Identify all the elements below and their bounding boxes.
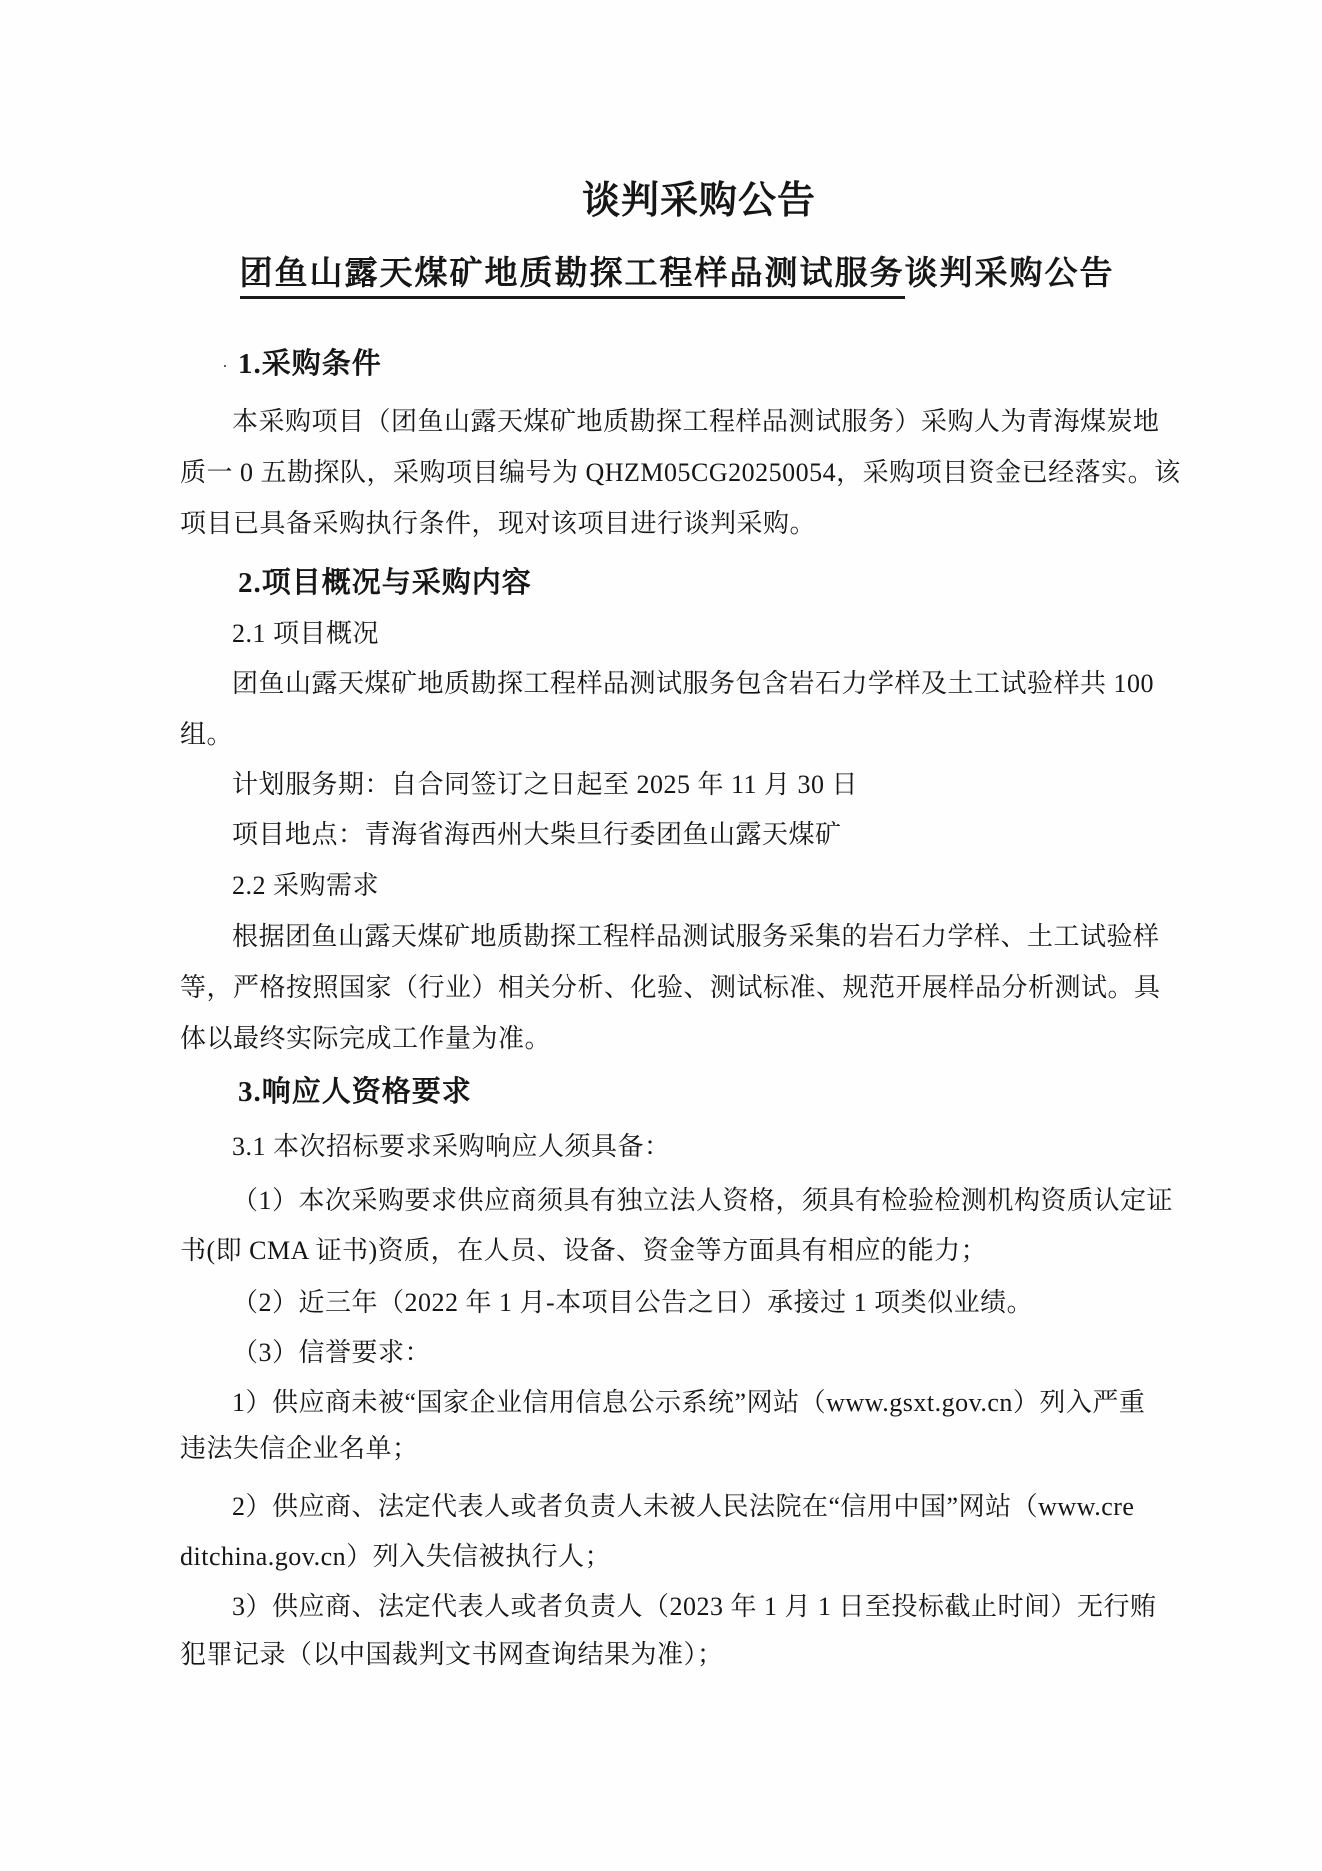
document-page: 谈判采购公告 团鱼山露天煤矿地质勘探工程样品测试服务谈判采购公告 · 1.采购条…: [0, 0, 1322, 1871]
s3-item2: （2）近三年（2022 年 1 月-本项目公告之日）承接过 1 项类似业绩。: [180, 1286, 1142, 1320]
s3-credit3-line-2: 犯罪记录（以中国裁判文书网查询结果为准）；: [180, 1638, 1142, 1672]
s1-para-line-1: 本采购项目（团鱼山露天煤矿地质勘探工程样品测试服务）采购人为青海煤炭地: [180, 405, 1142, 439]
s3-credit1-line-2: 违法失信企业名单；: [180, 1432, 1142, 1466]
s3-intro: 3.1 本次招标要求采购响应人须具备：: [180, 1130, 1142, 1164]
doc-subtitle: 团鱼山露天煤矿地质勘探工程样品测试服务谈判采购公告: [196, 253, 1158, 295]
s3-credit2-line-1: 2）供应商、法定代表人或者负责人未被人民法院在“信用中国”网站（www.cre: [180, 1490, 1142, 1524]
doc-subtitle-underlined: 团鱼山露天煤矿地质勘探工程样品测试服务: [240, 256, 905, 299]
s2-req-line-3: 体以最终实际完成工作量为准。: [180, 1022, 1142, 1056]
s2-req-line-1: 根据团鱼山露天煤矿地质勘探工程样品测试服务采集的岩石力学样、土工试验样: [180, 920, 1142, 954]
s2-1-subheading: 2.1 项目概况: [180, 617, 1142, 651]
section-3-heading: 3.响应人资格要求: [180, 1075, 1142, 1109]
s2-location: 项目地点：青海省海西州大柴旦行委团鱼山露天煤矿: [180, 818, 1142, 852]
s1-para-line-2: 质一 0 五勘探队，采购项目编号为 QHZM05CG20250054，采购项目资…: [180, 456, 1142, 490]
s2-2-subheading: 2.2 采购需求: [180, 869, 1142, 903]
s3-credit2-line-2: ditchina.gov.cn）列入失信被执行人；: [180, 1540, 1142, 1574]
s3-item3: （3）信誉要求：: [180, 1336, 1142, 1370]
stray-dot-mark: ·: [222, 349, 229, 383]
s2-service-period: 计划服务期：自合同签订之日起至 2025 年 11 月 30 日: [180, 768, 1142, 802]
s2-overview-line-2: 组。: [180, 718, 1142, 752]
section-1-heading-text: 1.采购条件: [238, 348, 382, 380]
doc-title: 谈判采购公告: [218, 178, 1180, 224]
s3-item1-line-1: （1）本次采购要求供应商须具有独立法人资格，须具有检验检测机构资质认定证: [180, 1184, 1142, 1218]
s3-credit1-line-1: 1）供应商未被“国家企业信用信息公示系统”网站（www.gsxt.gov.cn）…: [180, 1386, 1142, 1420]
s3-credit3-line-1: 3）供应商、法定代表人或者负责人（2023 年 1 月 1 日至投标截止时间）无…: [180, 1590, 1142, 1624]
s3-item1-line-2: 书(即 CMA 证书)资质，在人员、设备、资金等方面具有相应的能力；: [180, 1234, 1142, 1268]
s1-para-line-3: 项目已具备采购执行条件，现对该项目进行谈判采购。: [180, 507, 1142, 541]
s2-req-line-2: 等，严格按照国家（行业）相关分析、化验、测试标准、规范开展样品分析测试。具: [180, 971, 1142, 1005]
section-1-heading: · 1.采购条件: [180, 347, 1142, 381]
doc-subtitle-tail: 谈判采购公告: [905, 256, 1115, 292]
s2-overview-line-1: 团鱼山露天煤矿地质勘探工程样品测试服务包含岩石力学样及土工试验样共 100: [180, 667, 1142, 701]
section-2-heading: 2.项目概况与采购内容: [180, 566, 1142, 600]
